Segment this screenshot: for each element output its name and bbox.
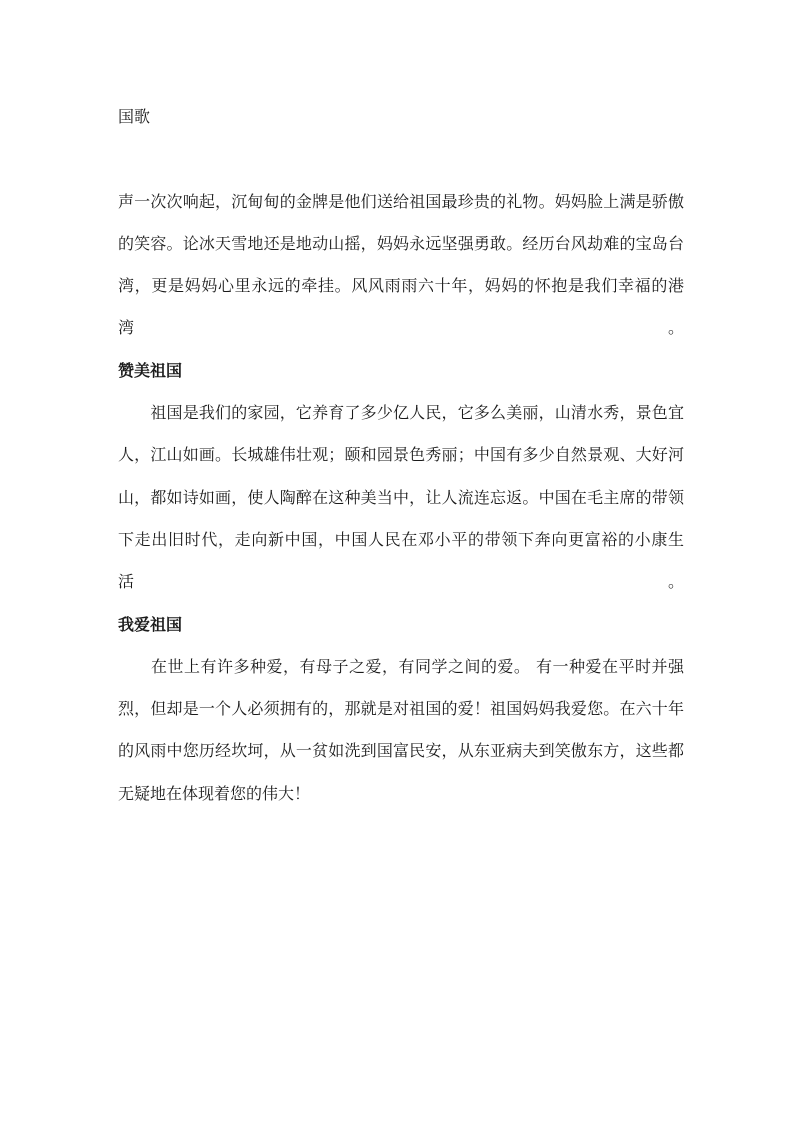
text-line: 烈，但却是一个人必须拥有的，那就是对祖国的爱！祖国妈妈我爱您。在六十年 (118, 688, 684, 730)
text-line: 人，江山如画。长城雄伟壮观；颐和园景色秀丽；中国有多少自然景观、大好河 (118, 434, 684, 476)
section-love-motherland: 我爱祖国 在世上有许多种爱，有母子之爱，有同学之间的爱。 有一种爱在平时并强 烈… (118, 604, 684, 815)
text-line: 无疑地在体现着您的伟大！ (118, 773, 684, 815)
section-heading: 我爱祖国 (118, 604, 684, 646)
document-title: 国歌 (118, 96, 684, 138)
text-line: 湾，更是妈妈心里永远的牵挂。风风雨雨六十年，妈妈的怀抱是我们幸福的港湾。 (118, 265, 684, 350)
text-line: 的笑容。论冰天雪地还是地动山摇，妈妈永远坚强勇敢。经历台风劫难的宝岛台 (118, 223, 684, 265)
section-paragraph: 在世上有许多种爱，有母子之爱，有同学之间的爱。 有一种爱在平时并强 烈，但却是一… (118, 646, 684, 815)
document-page: 国歌 声一次次响起，沉甸甸的金牌是他们送给祖国最珍贵的礼物。妈妈脸上满是骄傲 的… (0, 0, 793, 1122)
text-line: 声一次次响起，沉甸甸的金牌是他们送给祖国最珍贵的礼物。妈妈脸上满是骄傲 (118, 181, 684, 223)
text-line: 的风雨中您历经坎坷，从一贫如洗到国富民安，从东亚病夫到笑傲东方，这些都 (118, 730, 684, 772)
section-heading: 赞美祖国 (118, 350, 684, 392)
section-praise-motherland: 赞美祖国 祖国是我们的家园，它养育了多少亿人民，它多么美丽，山清水秀，景色宜 人… (118, 350, 684, 604)
text-line: 下走出旧时代，走向新中国，中国人民在邓小平的带领下奔向更富裕的小康生活。 (118, 519, 684, 604)
section-paragraph: 祖国是我们的家园，它养育了多少亿人民，它多么美丽，山清水秀，景色宜 人，江山如画… (118, 392, 684, 603)
intro-paragraph: 声一次次响起，沉甸甸的金牌是他们送给祖国最珍贵的礼物。妈妈脸上满是骄傲 的笑容。… (118, 181, 684, 350)
blank-line (118, 138, 684, 180)
text-line: 山，都如诗如画，使人陶醉在这种美当中，让人流连忘返。中国在毛主席的带领 (118, 477, 684, 519)
text-line: 在世上有许多种爱，有母子之爱，有同学之间的爱。 有一种爱在平时并强 (118, 646, 684, 688)
text-line: 祖国是我们的家园，它养育了多少亿人民，它多么美丽，山清水秀，景色宜 (118, 392, 684, 434)
